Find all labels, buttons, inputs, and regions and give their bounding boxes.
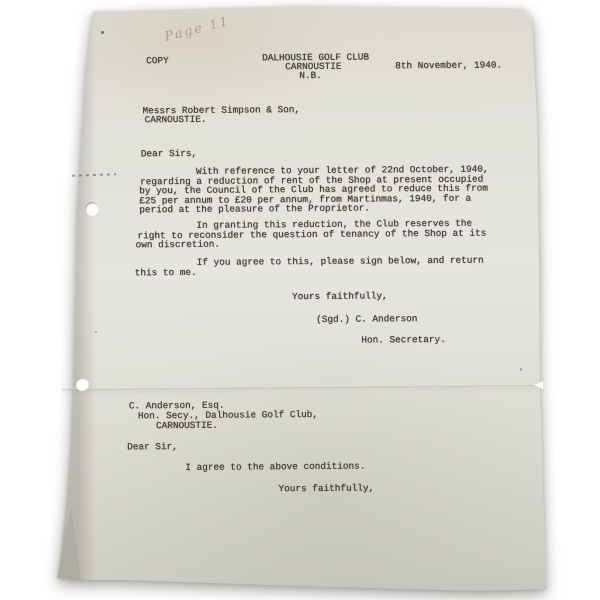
signature-title: Hon. Secretary. (361, 335, 445, 346)
agreement-statement: I agree to the above conditions. (185, 461, 365, 472)
para1-line5: period at the pleasure of the Proprietor… (139, 203, 370, 215)
para2-line3: own discretion. (136, 240, 220, 251)
reply-addressee-line3: CARNOUSTIE. (156, 421, 218, 431)
para3-line1: If you agree to this, please sign below,… (197, 256, 484, 268)
reply-closing: Yours faithfully, (278, 483, 374, 494)
letter-date: 8th November, 1940. (395, 60, 502, 71)
club-region: N.B. (299, 71, 322, 81)
signature: (Sgd.) C. Anderson (316, 314, 417, 325)
para3-line2: this to me. (135, 268, 197, 278)
photo-background: Page 11 COPY DALHOUSIE GOLF CLUB CARNOUS… (0, 0, 600, 600)
closing: Yours faithfully, (292, 291, 388, 302)
salutation: Dear Sirs, (141, 149, 197, 159)
typed-letter-text: COPY DALHOUSIE GOLF CLUB CARNOUSTIE N.B.… (0, 0, 600, 600)
copy-label: COPY (146, 56, 169, 66)
reply-salutation: Dear Sir, (127, 442, 178, 452)
recipient-line-2: CARNOUSTIE. (145, 115, 207, 125)
